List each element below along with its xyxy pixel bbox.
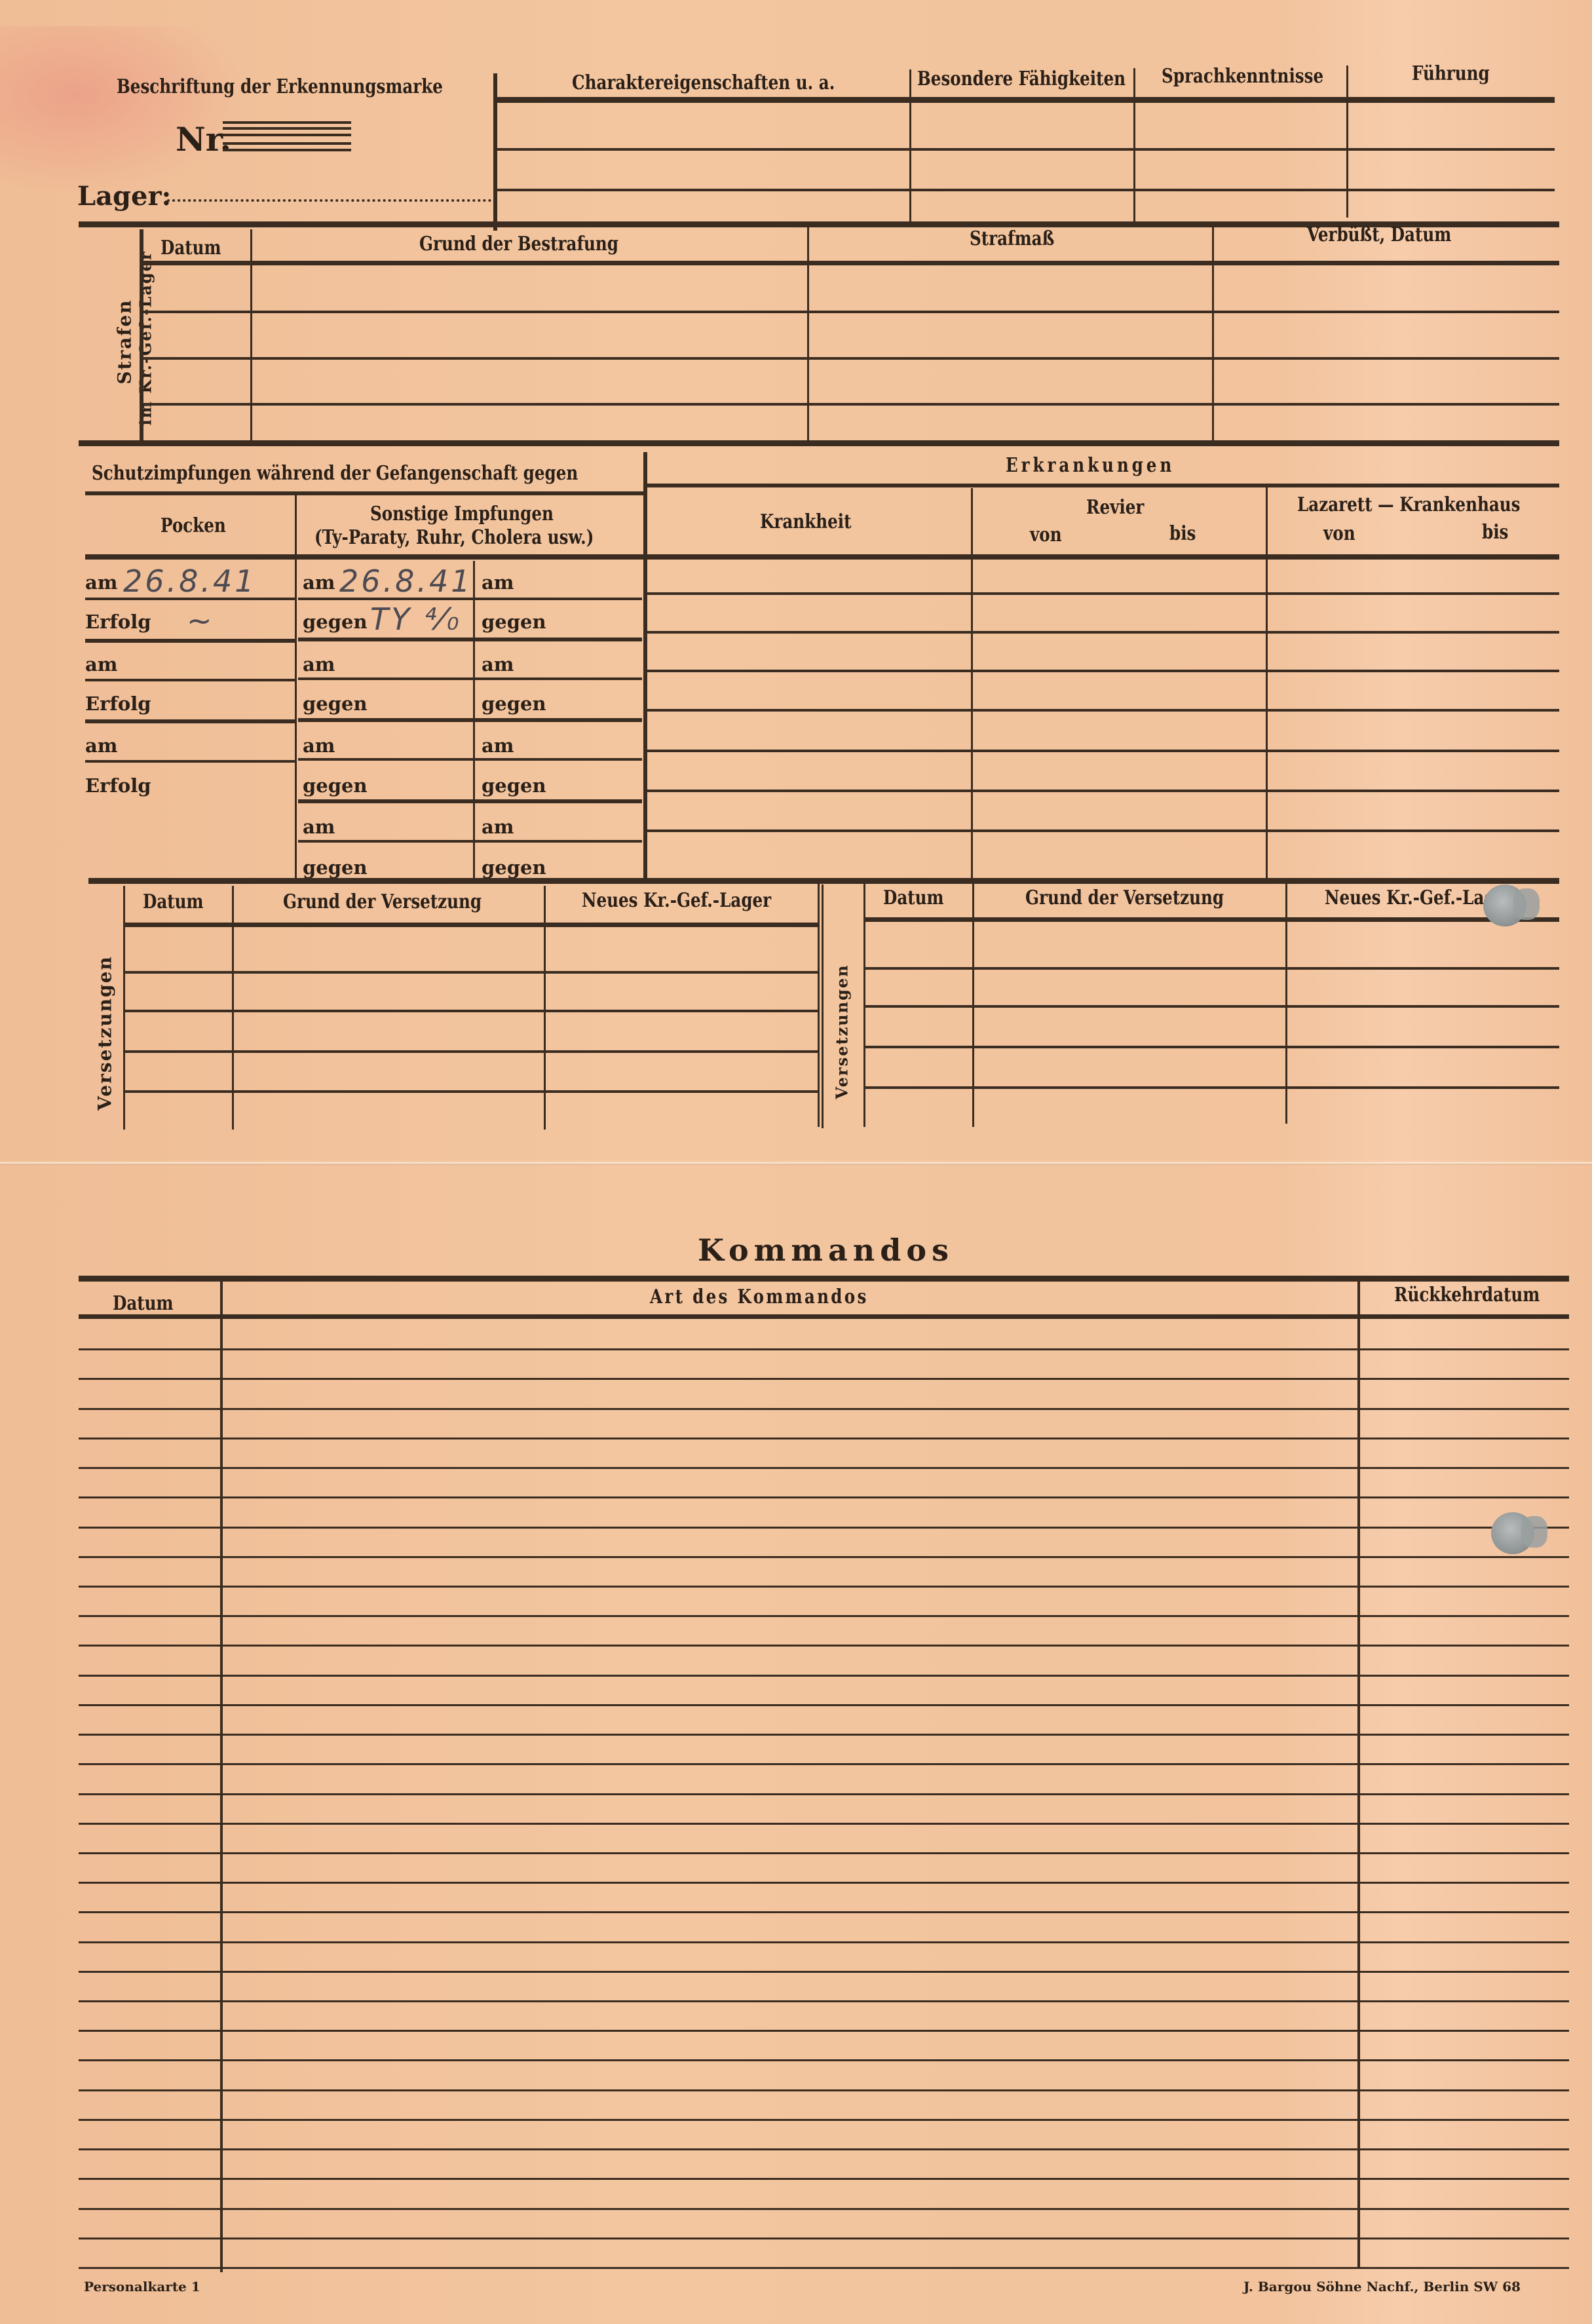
row-line (645, 750, 1559, 752)
pocken-row-label: Erfolg (85, 695, 151, 714)
lazarett-bis: bis (1482, 523, 1508, 543)
divider (142, 261, 1559, 265)
lazarett-von: von (1323, 524, 1355, 544)
kommandos-row-line (79, 2089, 1569, 2091)
divider (818, 881, 820, 1127)
divider (88, 878, 1559, 884)
row-line (645, 829, 1559, 832)
versetzungen-col-grund: Grund der Versetzung (283, 892, 482, 912)
versetzungen-col-neues-lager: Neues Kr.-Gef.-Lager (582, 891, 771, 911)
strafen-row-line (142, 357, 1559, 360)
kommandos-row-line (79, 1378, 1569, 1380)
nr-field[interactable] (182, 121, 398, 154)
kommandos-row-line (79, 1586, 1569, 1588)
divider (822, 885, 824, 1128)
row-line (298, 718, 642, 722)
kommandos-row-line (79, 2059, 1569, 2061)
kommandos-row-line (79, 1882, 1569, 1884)
kommandos-row-line (79, 1675, 1569, 1677)
row-line (645, 670, 1559, 672)
kommandos-row-line (79, 1527, 1569, 1529)
strafen-col-strafmass: Strafmaß (970, 229, 1054, 249)
row-line (124, 1090, 818, 1093)
kommandos-row-line (79, 1615, 1569, 1617)
sonstige-label: am (482, 655, 514, 674)
versetzungen-col-datum: Datum (143, 892, 204, 912)
revier-von: von (1030, 525, 1062, 545)
divider (909, 69, 911, 224)
divider (1346, 66, 1348, 218)
sonstige-label: am (482, 818, 514, 837)
strafen-col-grund: Grund der Bestrafung (419, 235, 618, 254)
kommandos-row-line (79, 2119, 1569, 2121)
row-line (85, 639, 295, 643)
versetzungen-side-label-right: Versetzungen (833, 953, 852, 1111)
erkrankungen-col-revier: Revier (1086, 498, 1144, 518)
divider (971, 488, 973, 878)
strafen-row-line (142, 311, 1559, 313)
sonstige-label: gegen (303, 695, 368, 714)
sonstige-label: gegen (303, 858, 368, 877)
divider (1133, 68, 1135, 223)
kommandos-row-line (79, 1823, 1569, 1825)
kommandos-row-line (79, 1348, 1569, 1350)
row-line (645, 709, 1559, 712)
col-besondere: Besondere Fähigkeiten (917, 69, 1126, 89)
divider (79, 440, 1559, 446)
kommandos-row-line (79, 2030, 1569, 2032)
erkrankungen-title: Erkrankungen (1006, 456, 1175, 476)
versetzungen-col-grund: Grund der Versetzung (1025, 888, 1224, 908)
kommandos-row-line (79, 1408, 1569, 1410)
pocken-row-label: Erfolg (85, 613, 151, 632)
versetzungen-side-label-left: Versetzungen (94, 955, 116, 1112)
kommandos-row-line (79, 2178, 1569, 2180)
row-line (298, 799, 642, 803)
row-line (645, 790, 1559, 792)
row-line (85, 598, 295, 600)
pocken-row-label: Erfolg (85, 776, 151, 795)
sonstige-label: am (303, 573, 335, 592)
strafen-col-verbuesst: Verbüßt, Datum (1307, 225, 1451, 245)
row-line (645, 631, 1559, 634)
col-fuehrung: Führung (1412, 64, 1490, 84)
revier-bis: bis (1169, 524, 1196, 544)
sonstige-label: gegen (303, 776, 368, 795)
pocken-row-value[interactable]: ~ (187, 603, 215, 638)
divider (220, 1282, 223, 2272)
kommandos-col-art: Art des Kommandos (650, 1287, 869, 1307)
kommandos-row-line (79, 1763, 1569, 1765)
col-sprachkenntnisse: Sprachkenntnisse (1162, 67, 1323, 86)
schutzimpfungen-title: Schutzimpfungen während der Gefangenscha… (92, 464, 578, 484)
row-line (865, 1086, 1559, 1089)
strafen-side-label-2: im Kr.-Gef.-Lager (136, 256, 155, 426)
divider (643, 452, 647, 878)
sonstige-label: am (303, 655, 335, 674)
kommandos-title: Kommandos (698, 1235, 954, 1265)
kommandos-row-line (79, 1556, 1569, 1558)
pocken-row-label: am (85, 736, 117, 755)
kommandos-row-line (79, 1645, 1569, 1647)
divider (295, 495, 297, 879)
divider (495, 148, 1555, 151)
kommandos-row-line (79, 1438, 1569, 1439)
kommandos-col-datum: Datum (113, 1294, 174, 1314)
sonstige-subheader: (Ty-Paraty, Ruhr, Cholera usw.) (314, 528, 594, 548)
strafen-label-line1: Strafen (114, 299, 136, 384)
kommandos-row-line (79, 1467, 1569, 1469)
kommandos-col-rueckkehr: Rückkehrdatum (1394, 1286, 1540, 1305)
row-line (645, 592, 1559, 595)
sonstige-label: am (303, 818, 335, 837)
erkennungsmarke-title: Beschriftung der Erkennungsmarke (117, 77, 443, 97)
sonstige-header: Sonstige Impfungen (370, 505, 554, 524)
col-charakter: Charaktereigenschaften u. a. (572, 73, 835, 93)
kommandos-row-line (79, 1496, 1569, 1498)
divider (79, 1276, 1569, 1282)
printer-imprint: J. Bargou Söhne Nachf., Berlin SW 68 (1243, 2280, 1521, 2293)
kommandos-row-line (79, 1793, 1569, 1795)
sonstige-label: gegen (482, 858, 546, 877)
kommandos-row-line (79, 2238, 1569, 2239)
sonstige-label: gegen (482, 695, 546, 714)
row-line (85, 760, 295, 763)
red-stain (0, 26, 249, 197)
pocken-row-value[interactable]: 26.8.41 (123, 563, 257, 599)
divider (807, 226, 809, 446)
row-line (865, 967, 1559, 970)
kommandos-row-line (79, 2148, 1569, 2150)
strafen-label-line2: im Kr.-Gef.-Lager (136, 250, 155, 425)
divider (495, 97, 1555, 103)
erkrankungen-col-krankheit: Krankheit (760, 512, 851, 532)
sonstige-label: gegen (482, 776, 546, 795)
row-line (865, 1046, 1559, 1048)
pocken-row-label: am (85, 573, 117, 592)
row-line (124, 1050, 818, 1053)
row-line (298, 638, 642, 641)
row-line (865, 1005, 1559, 1008)
kommandos-row-line (79, 2267, 1569, 2269)
divider (1266, 486, 1268, 878)
kommandos-row-line (79, 2208, 1569, 2210)
sonstige-label: am (482, 736, 514, 755)
lager-label: Lager: (77, 183, 171, 210)
kommandos-row-line (79, 1941, 1569, 1943)
kommandos-row-line (79, 1852, 1569, 1854)
divider (85, 491, 643, 495)
divider (1212, 224, 1214, 444)
kommandos-row-line (79, 1911, 1569, 1913)
row-line (298, 840, 642, 843)
divider (124, 923, 818, 927)
punch-hole (1491, 1512, 1534, 1554)
row-line (124, 1010, 818, 1012)
row-line (298, 598, 642, 600)
strafen-side-label: Strafen (114, 257, 136, 427)
divider (865, 917, 1559, 922)
pocken-row-label: am (85, 655, 117, 674)
versetzungen-col-datum: Datum (883, 888, 944, 908)
kommandos-row-line (79, 1971, 1569, 1973)
strafen-row-line (142, 403, 1559, 406)
row-line (298, 758, 642, 761)
form-name: Personalkarte 1 (84, 2280, 200, 2293)
pocken-header: Pocken (161, 516, 226, 536)
row-line (85, 679, 295, 681)
sonstige-label: gegen (303, 613, 368, 632)
divider (79, 1314, 1569, 1319)
divider (645, 484, 1559, 487)
sonstige-label: gegen (482, 613, 546, 632)
lager-field[interactable] (167, 199, 491, 202)
versetzungen-label: Versetzungen (833, 964, 852, 1099)
paper-fold (0, 1161, 1592, 1165)
versetzungen-label: Versetzungen (94, 955, 116, 1111)
row-line (298, 677, 642, 680)
sonstige-value[interactable]: TY ⁴⁄₀ (370, 601, 461, 637)
kommandos-row-line (79, 1734, 1569, 1736)
kommandos-row-line (79, 1704, 1569, 1706)
punch-hole (1483, 885, 1526, 926)
strafen-col-datum: Datum (161, 238, 221, 258)
row-line (124, 971, 818, 974)
sonstige-value[interactable]: 26.8.41 (339, 563, 473, 599)
kommandos-row-line (79, 2000, 1569, 2002)
divider (85, 554, 1559, 560)
erkrankungen-col-lazarett: Lazarett — Krankenhaus (1297, 495, 1521, 515)
divider (495, 189, 1555, 191)
sonstige-label: am (482, 573, 514, 592)
sonstige-label: am (303, 736, 335, 755)
row-line (85, 719, 295, 723)
